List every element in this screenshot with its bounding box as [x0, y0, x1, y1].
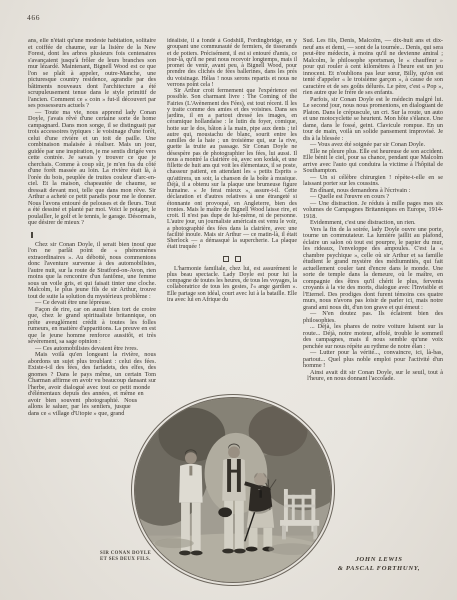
section-break-ornament — [167, 256, 297, 262]
paragraph: Sir Arthur croit fermement que l'expérie… — [167, 88, 297, 251]
paragraph: Sud. Les fils, Denis, Malcolm, — dix-hui… — [303, 38, 443, 97]
col2-section-2: L'harmonie familiale, chez lui, est assu… — [167, 266, 297, 304]
signature-line1: JOHN LEWIS — [318, 556, 440, 565]
magazine-page: 466 ans, elle n'était qu'une modeste hab… — [0, 0, 457, 600]
col1-section-2: Chez sir Conan Doyle, il serait bien ino… — [28, 242, 156, 418]
ornament-square — [223, 256, 229, 262]
photo-caption-line2: ET SES DEUX FILS. — [100, 557, 166, 563]
paragraph: L'harmonie familiale, chez lui, est assu… — [167, 266, 297, 304]
page-number: 466 — [27, 13, 40, 22]
photo-caption: SIR CONAN DOYLE ET SES DEUX FILS. — [100, 551, 166, 563]
paragraph: Vers la fin de la soirée, lady Doyle ouv… — [303, 227, 443, 312]
ornament-square — [31, 232, 33, 238]
paragraph: idéaliste, il a fondé à Godshill, Fordin… — [167, 38, 297, 88]
col3-section-1: Sud. Les fils, Denis, Malcolm, — dix-hui… — [303, 38, 443, 383]
paragraph: Parfois, sir Conan Doyle est le médecin … — [303, 97, 443, 143]
ornament-square — [235, 256, 241, 262]
column-2: idéaliste, il a fondé à Godshill, Fordin… — [167, 38, 297, 365]
grass-shadow — [268, 543, 315, 555]
paragraph: ... Déjà, les phares de notre voiture lu… — [303, 324, 443, 350]
col2-section-1: idéaliste, il a fondé à Godshill, Fordin… — [167, 38, 297, 251]
grass-shadow — [155, 538, 194, 548]
col1-section-1: ans, elle n'était qu'une modeste habitat… — [28, 38, 156, 227]
signature-line2: & PASCAL FORTHUNY, — [318, 565, 440, 574]
article-signature: JOHN LEWIS & PASCAL FORTHUNY, — [318, 556, 440, 573]
paragraph: Chez sir Conan Doyle, il serait bien ino… — [28, 242, 156, 301]
paragraph: ans, elle n'était qu'une modeste habitat… — [28, 38, 156, 110]
paragraph: — Toute ma vie, nous apprend lady Conan … — [28, 110, 156, 227]
